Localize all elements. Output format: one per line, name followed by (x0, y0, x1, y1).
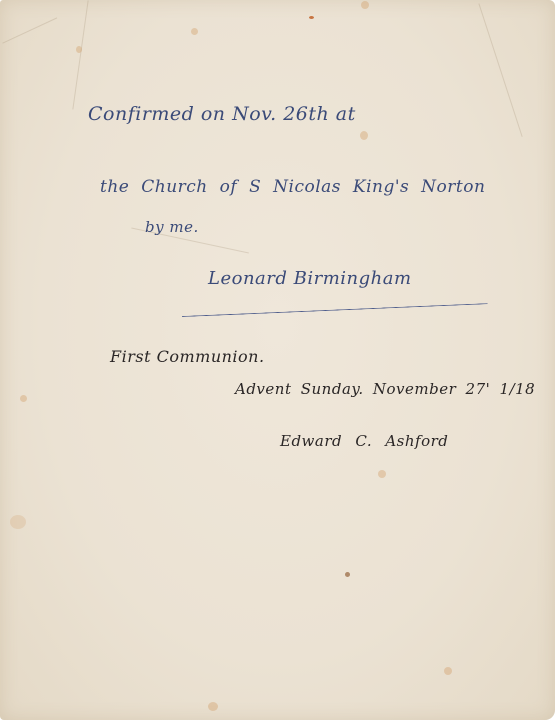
crease (72, 0, 89, 109)
foxing-spot (360, 131, 368, 140)
foxing-spot (20, 395, 27, 402)
crease (2, 17, 57, 44)
foxing-spot (191, 28, 198, 35)
foxing-spot (345, 572, 350, 577)
priest-signature: Edward C. Ashford (280, 432, 448, 450)
foxing-spot (361, 1, 369, 9)
communion-heading: First Communion. (110, 347, 265, 366)
foxing-spot (378, 470, 386, 478)
bishop-signature: Leonard Birmingham (208, 268, 412, 289)
foxing-spot (76, 46, 82, 53)
foxing-spot (444, 667, 452, 675)
foxing-spot (309, 16, 314, 19)
confirmation-line-1: Confirmed on Nov. 26th at (88, 103, 356, 125)
communion-date-line: Advent Sunday. November 27' 1/18 (235, 380, 535, 398)
foxing-spot (208, 702, 218, 711)
crease (478, 3, 523, 137)
confirmation-line-3: by me. (145, 218, 199, 236)
foxing-spot (10, 515, 26, 529)
confirmation-line-2: the Church of S Nicolas King's Norton (100, 177, 485, 197)
